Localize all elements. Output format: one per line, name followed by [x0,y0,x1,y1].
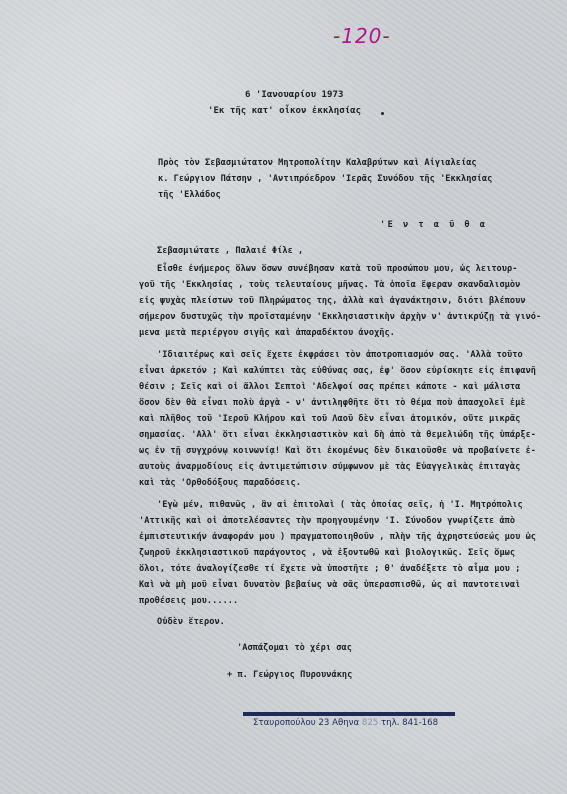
body-line: 'Αττικῆς καὶ οἱ ἀποτελέσαντες τὴν προηγο… [139,516,515,526]
signature: + π. Γεώργιος Πυρουνάκης [227,670,352,680]
body-line: καὶ πλῆθος τοῦ 'Ιεροῦ Κλήρου καὶ τοῦ Λαο… [139,414,520,424]
footer-phone: τηλ. 841-168 [381,718,438,728]
valediction: 'Ασπάζομαι τὸ χέρι σας [237,643,352,653]
body-line: Καὶ νὰ μὴ μοῦ εἶναι δυνατὸν βεβαίως νὰ σ… [139,580,520,590]
letter-page: -120- 6 'Ιανουαρίου 1973 'Εκ τῆς κατ' οἶ… [0,0,567,794]
body-line: εἶναι ἀρκετόν ; Καὶ καλύπτει τὰς εὐθύνας… [139,366,536,376]
addressee-line-1: Πρὸς τὸν Σεβασμιώτατον Μητροπολίτην Καλα… [158,158,477,168]
addressee-line-3: τῆς 'Ελλάδος [158,190,221,200]
body-line: ζωηροῦ ἐκκλησιαστικοῦ παράγοντος , νὰ ἐξ… [139,548,515,558]
addressee-line-2: κ. Γεώργιον Πάτσην , 'Αντιπρόεδρον 'Ιερᾶ… [158,174,492,184]
footer-stamp: 825 [362,718,378,728]
body-line: γοῦ τῆς 'Εκκλησίας , τοὺς τελευταίους μῆ… [139,280,520,290]
letterhead-footer: Σταυροπούλου 23 Αθηνα 825 τηλ. 841-168 [253,718,438,728]
body-line: θέσιν ; Σεῖς καὶ οἱ ἄλλοι Σεπτοὶ 'Αδελφο… [139,382,520,392]
body-line: αυτοὺς ἀναρμοδίους εἰς ἀντιμετώπισιν σύμ… [139,462,520,472]
body-line: 'Εγὼ μέν, πιθανῶς , ἂν αἱ ἐπιτολαὶ ( τὰς… [157,500,523,510]
handwritten-page-number: -120- [333,24,391,48]
body-line: σήμερον δυστυχῶς τὴν προϊσταμένην 'Εκκλη… [139,312,541,322]
body-line: σημασίας. 'Αλλ' ὅτι εἶναι ἐκκλησιαστικὸν… [139,430,536,440]
footer-address: Σταυροπούλου 23 Αθηνα [253,718,359,728]
body-line: ἐμπιστευτικήν ἀναφοράν μου ) πραγματοποι… [139,532,536,542]
body-line: ὅσον δὲν θὰ εἶναι πολὺ ἀργὰ - ν' ἀντιληφ… [139,398,526,408]
salutation: Σεβασμιώτατε , Παλαιέ Φίλε , [157,246,303,256]
closing-line: Οὐδὲν ἕτερον. [157,617,225,627]
letterhead-rule [243,712,455,716]
body-line: μενα μετὰ περιέργου σιγῆς καὶ ἀπαραδέκτο… [139,328,395,338]
body-line: εἰς ψυχὰς πλείστων τοῦ Πληρώματος της, ἀ… [139,296,526,306]
body-line: ὅλοι, τότε ἀναλογίζεσθε τί ἔχετε νὰ ὑποσ… [139,564,520,574]
letter-place: 'Εκ τῆς κατ' οἶκον ἐκκλησίας [208,106,361,116]
body-line: 'Ιδιαιτέρως καὶ σεῖς ἔχετε ἐκφράσει τὸν … [157,350,523,360]
letter-date: 6 'Ιανουαρίου 1973 [245,90,343,100]
body-line: Εἶσθε ἐνήμερος ὅλων ὅσων συνέβησαν κατὰ … [157,264,517,274]
body-line: προθέσεις μου...... [139,596,238,606]
body-line: καὶ τὰς 'Ορθοδόξους παραδόσεις. [139,478,301,488]
location-heading: 'Ε ν τ α ῦ θ α [380,220,487,230]
ink-dot [381,112,384,115]
body-line: ως ἐν τῇ συγχρόνῳ κοινωνίᾳ! Καὶ ὅτι ἐκομ… [139,446,536,456]
